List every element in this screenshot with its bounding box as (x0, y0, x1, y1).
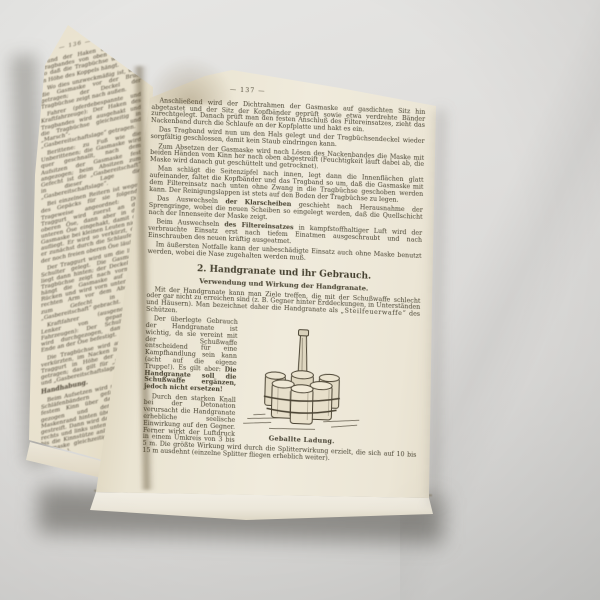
spaced-term: „Steilfeuerwaffe“ (341, 308, 407, 318)
left-page-number: — 136 — (59, 28, 141, 52)
right-page-number: — 137 — (230, 87, 426, 102)
bundled-charge-illustration (241, 322, 366, 437)
paragraph-lead: Der überlegte Gebrauch der Handgranate i… (145, 316, 238, 374)
gutter-top-shading (146, 58, 234, 104)
bundled-charge-figure: Geballte Ladung. (241, 322, 366, 446)
right-page-text: — 137 — Anschließend wird der Dichtrahme… (142, 84, 426, 469)
photo-backdrop: — 136 — und der Haken des längeren Tragb… (0, 0, 600, 600)
